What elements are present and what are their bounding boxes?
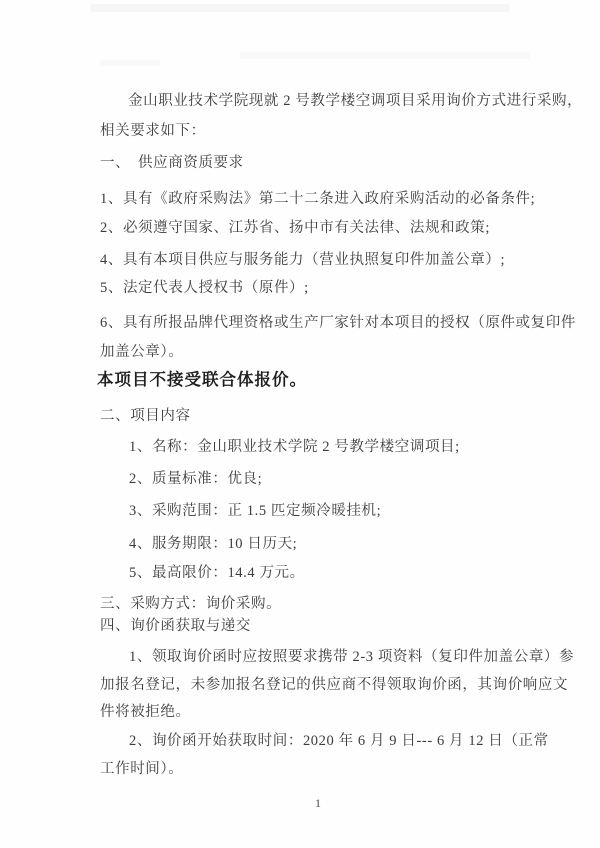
intro-line-1: 金山职业技术学院现就 2 号教学楼空调项目采用询价方式进行采购， <box>128 90 582 112</box>
scan-artifact <box>240 52 530 59</box>
scan-artifact <box>90 4 510 12</box>
inquiry-item-2-line-2: 工作时间）。 <box>100 758 183 780</box>
section-4-heading: 四、询价函获取与递交 <box>100 615 251 637</box>
quality-standard-item: 2、质量标准：优良; <box>129 468 262 490</box>
inquiry-item-1-line-3: 件将被拒绝。 <box>100 701 191 723</box>
max-price-item: 5、最高限价：14.4 万元。 <box>129 562 305 584</box>
inquiry-item-1-line-1: 1、领取询价函时应按照要求携带 2-3 项资料（复印件加盖公章）参 <box>129 646 574 668</box>
project-name-item: 1、名称：金山职业技术学院 2 号教学楼空调项目; <box>129 436 460 458</box>
inquiry-item-1-line-2: 加报名登记，未参加报名登记的供应商不得领取询价函，其询价响应文 <box>100 674 568 696</box>
requirement-item-5: 5、法定代表人授权书（原件）; <box>100 277 309 299</box>
page-number: 1 <box>0 796 600 811</box>
service-period-item: 4、服务期限：10 日历天; <box>129 533 297 555</box>
intro-line-2: 相关要求如下： <box>100 120 206 142</box>
section-3-heading: 三、采购方式：询价采购。 <box>100 593 281 615</box>
requirement-item-1: 1、具有《政府采购法》第二十二条进入政府采购活动的必备条件; <box>100 188 535 210</box>
scan-artifact <box>100 60 160 66</box>
requirement-item-4: 4、具有本项目供应与服务能力（营业执照复印件加盖公章）; <box>100 249 505 271</box>
no-consortium-statement: 本项目不接受联合体报价。 <box>97 369 307 391</box>
section-1-heading: 一、 供应商资质要求 <box>100 152 244 174</box>
document-page: 金山职业技术学院现就 2 号教学楼空调项目采用询价方式进行采购， 相关要求如下：… <box>0 0 600 848</box>
procurement-scope-item: 3、采购范围：正 1.5 匹定频冷暖挂机; <box>129 500 381 522</box>
section-2-heading: 二、项目内容 <box>100 405 191 427</box>
inquiry-item-2-line-1: 2、询价函开始获取时间：2020 年 6 月 9 日--- 6 月 12 日（正… <box>129 730 549 752</box>
requirement-item-2: 2、必须遵守国家、江苏省、扬中市有关法律、法规和政策; <box>100 217 490 239</box>
requirement-item-6-line-1: 6、具有所报品牌代理资格或生产厂家针对本项目的授权（原件或复印件 <box>100 312 576 334</box>
requirement-item-6-line-2: 加盖公章）。 <box>100 341 183 363</box>
